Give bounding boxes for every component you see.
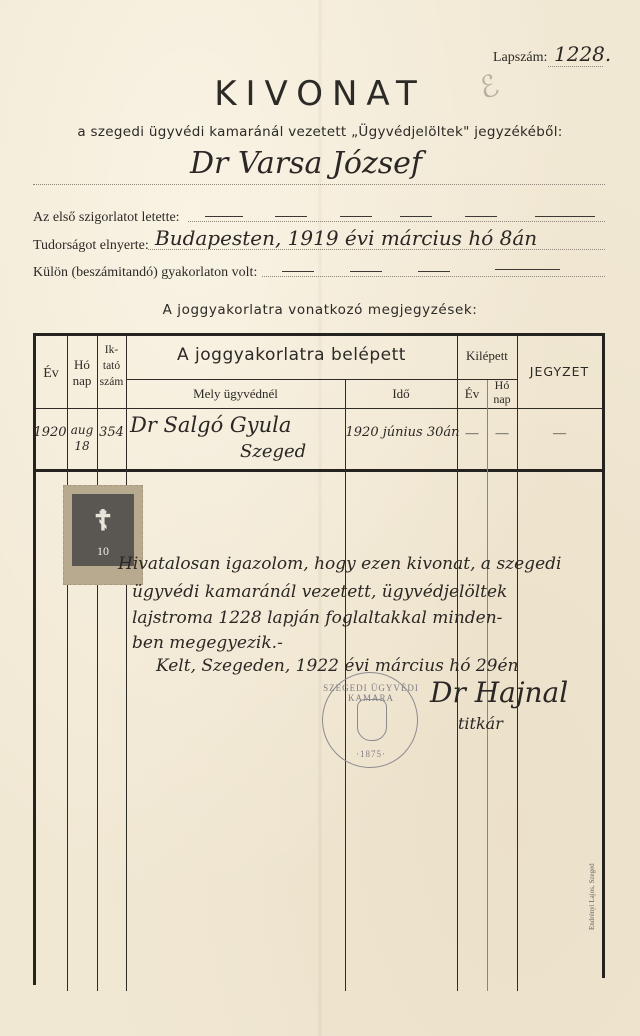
header-kilepett-ev: Év	[457, 386, 487, 401]
header-belepett: A joggyakorlatra belépett	[126, 348, 457, 363]
page-number-label: Lapszám:	[493, 50, 547, 66]
header-kilepett-ho-nap: Hó nap	[487, 378, 517, 406]
certification-line: ügyvédi kamaránál vezetett, ügyvédjelölt…	[132, 582, 507, 602]
page-number-value: 1228.	[554, 42, 611, 66]
chamber-seal: SZEGEDI ÜGYVÉDI KAMARA ·1875·	[322, 672, 418, 768]
doctorate-label: Tudorságot elnyerte:	[33, 238, 149, 254]
cell-ido: 1920 június 30án	[345, 425, 460, 440]
certification-line: lajstroma 1228 lapján foglaltakkal minde…	[132, 608, 502, 628]
cell-iktato-szam: 354	[97, 425, 126, 440]
coat-of-arms-icon	[357, 699, 387, 741]
row-bottom-border	[33, 469, 605, 472]
candidate-name: Dr Varsa József	[190, 146, 422, 181]
header-kilepett: Kilépett	[457, 348, 517, 363]
doctorate-value: Budapesten, 1919 évi március hó 8án	[155, 226, 537, 250]
practice-line	[262, 276, 605, 277]
table-top-border	[33, 333, 605, 336]
first-exam-label: Az első szigorlatot letette:	[33, 210, 180, 226]
signature-title: titkár	[458, 714, 503, 733]
header-jegyzet: JEGYZET	[517, 364, 602, 379]
signature: Dr Hajnal	[430, 676, 568, 709]
seal-text-bottom: ·1875·	[323, 749, 419, 759]
header-iktato-szam: Ik- tató szám	[97, 342, 126, 390]
first-exam-line	[188, 221, 605, 222]
col-divider	[126, 336, 127, 991]
cell-city: Szeged	[240, 444, 340, 459]
document-subtitle: a szegedi ügyvédi kamaránál vezetett „Üg…	[0, 124, 640, 140]
header-ido: Idő	[345, 386, 457, 401]
table-right-border	[602, 333, 605, 978]
header-ho-nap: Hó nap	[67, 357, 97, 389]
cell-ev: 1920	[33, 425, 67, 440]
double-cross-icon: ☦	[72, 504, 134, 538]
notes-title: A joggyakorlatra vonatkozó megjegyzések:	[0, 302, 640, 318]
doctorate-line	[148, 249, 605, 250]
certification-line: Hivatalosan igazolom, hogy ezen kivonat,…	[118, 554, 561, 574]
cell-mely-ugyvednel: Dr Salgó Gyula	[130, 418, 330, 433]
certification-line: ben megegyezik.-	[132, 633, 283, 653]
cell-ho-nap: aug 18	[67, 422, 97, 454]
header-mely-ugyvednel: Mely ügyvédnél	[126, 386, 345, 401]
cell-jegyzet: —	[517, 425, 602, 440]
cell-kilepett-ev: —	[457, 425, 487, 440]
header-ev: Év	[35, 366, 67, 381]
certification-line: Kelt, Szegeden, 1922 évi március hó 29én	[156, 656, 519, 676]
document-title: KIVONAT	[0, 74, 640, 114]
printer-imprint: Endrényi Lajos, Szeged	[588, 863, 596, 930]
header-bottom-border	[33, 408, 605, 409]
practice-label: Külön (beszámitandó) gyakorlaton volt:	[33, 265, 257, 281]
name-line	[33, 184, 605, 185]
cell-kilepett-ho-nap: —	[487, 425, 517, 440]
page-number-line	[548, 66, 603, 67]
